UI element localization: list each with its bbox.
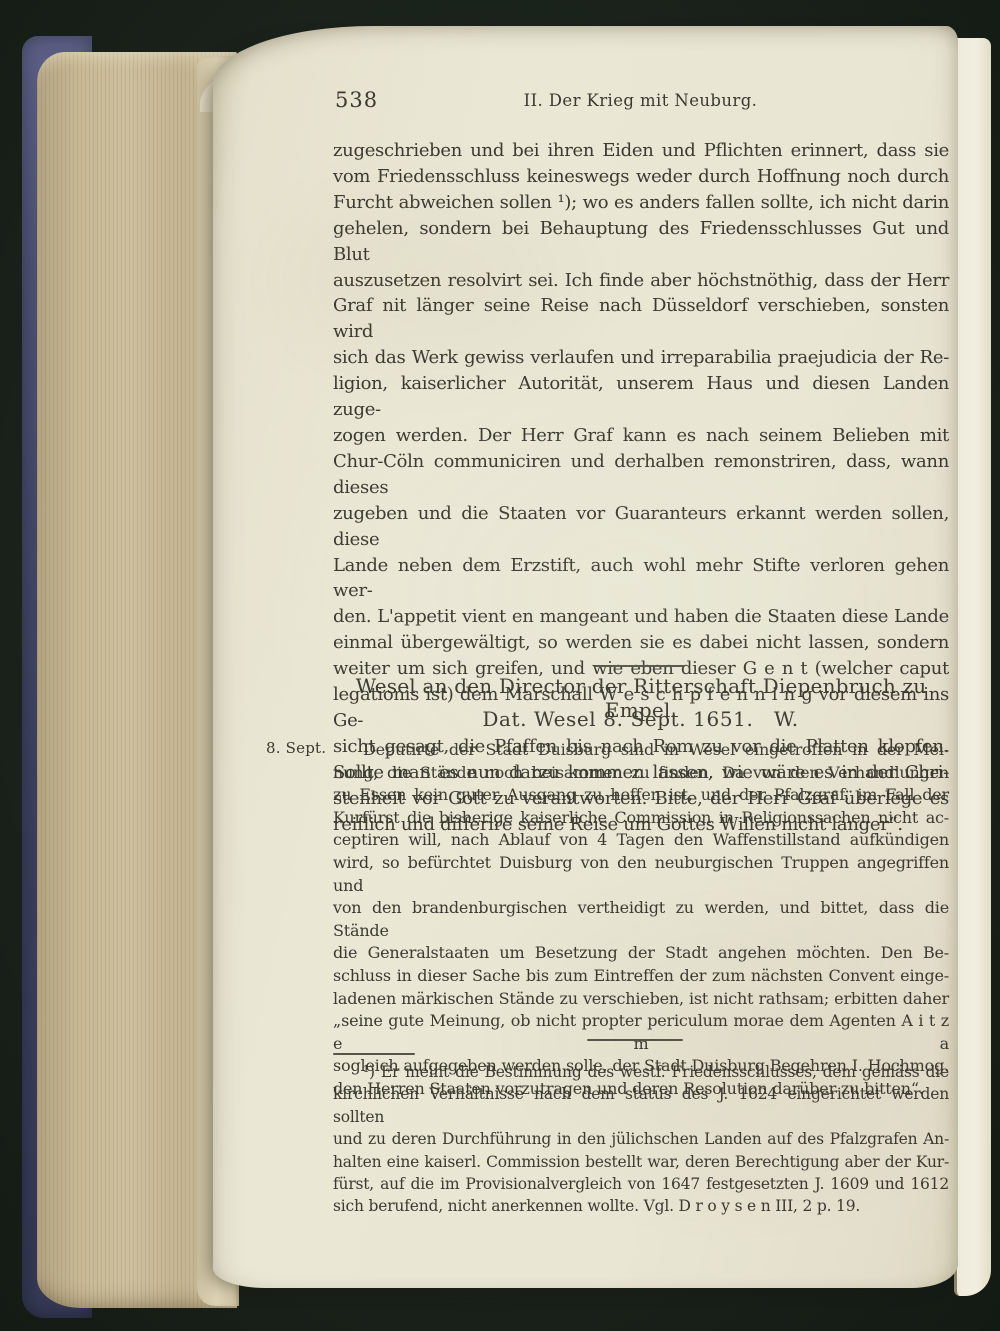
text-line: sich das Werk gewiss verlaufen und irrep… (333, 345, 949, 371)
text-line: ligion, kaiserlicher Autorität, unserem … (333, 371, 949, 423)
footnote-separator-rule (333, 1053, 415, 1055)
text-line: zu Essen kein guter Ausgang zu hoffen is… (333, 784, 949, 807)
text-line: fürst, auf die im Provisionalvergleich v… (333, 1173, 949, 1195)
text-line: wird, so befürchtet Duisburg von den neu… (333, 852, 949, 897)
text-line: und zu deren Durchführung in den jülichs… (333, 1128, 949, 1150)
text-line: von den brandenburgischen vertheidigt zu… (333, 897, 949, 942)
text-line: zogen werden. Der Herr Graf kann es nach… (333, 423, 949, 449)
text-line: schluss in dieser Sache bis zum Eintreff… (333, 965, 949, 988)
text-line: kirchlichen Verhältnisse nach dem status… (333, 1083, 949, 1128)
text-line: Furcht abweichen sollen ¹); wo es anders… (333, 190, 949, 216)
text-line: einmal übergewältigt, so werden sie es d… (333, 630, 949, 656)
book-page: 538 II. Der Krieg mit Neuburg. zugeschri… (213, 26, 958, 1288)
text-line: Graf nit länger seine Reise nach Düsseld… (333, 293, 949, 345)
text-line: nung, die Stände noch beisammen zu finde… (333, 762, 949, 785)
text-line: Lande neben dem Erzstift, auch wohl mehr… (333, 553, 949, 605)
page-header: 538 II. Der Krieg mit Neuburg. (333, 88, 948, 116)
text-line: Chur-Cöln communiciren und derhalben rem… (333, 449, 949, 501)
text-line: Deputirte der Stadt Duisburg sind in Wes… (333, 739, 949, 762)
text-line: Kurfürst die bisherige kaiserliche Commi… (333, 807, 949, 830)
running-title: II. Der Krieg mit Neuburg. (333, 91, 948, 110)
margin-date-note: 8. Sept. (266, 739, 326, 757)
book-photo-scene: 538 II. Der Krieg mit Neuburg. zugeschri… (0, 0, 1000, 1331)
section-divider-rule (595, 665, 685, 667)
section-divider-rule-2 (587, 1039, 683, 1041)
text-line: zugeben und die Staaten vor Guaranteurs … (333, 501, 949, 553)
text-line: sich berufend, nicht anerkennen wollte. … (333, 1195, 949, 1217)
text-line: „seine gute Meinung, ob nicht propter pe… (333, 1010, 949, 1055)
text-line: gehelen, sondern bei Behauptung des Frie… (333, 216, 949, 268)
text-line: zugeschrieben und bei ihren Eiden und Pf… (333, 138, 949, 164)
text-line: ladenen märkischen Stände zu verschieben… (333, 988, 949, 1011)
text-line: ¹) Er meint die Bestimmung des westf. Fr… (333, 1061, 949, 1083)
text-line: den. L'appetit vient en mangeant und hab… (333, 604, 949, 630)
text-line: auszusetzen resolvirt sei. Ich finde abe… (333, 268, 949, 294)
next-page-edge (954, 38, 991, 1296)
letter2-dateline: Dat. Wesel 8. Sept. 1651. W. (333, 707, 948, 731)
text-line: halten eine kaiserl. Commission bestellt… (333, 1151, 949, 1173)
letter1-body: zugeschrieben und bei ihren Eiden und Pf… (333, 138, 949, 837)
text-line: ceptiren will, nach Ablauf von 4 Tagen d… (333, 829, 949, 852)
footnote-body: ¹) Er meint die Bestimmung des westf. Fr… (333, 1061, 949, 1218)
text-line: vom Friedensschluss keineswegs weder dur… (333, 164, 949, 190)
text-line: die Generalstaaten um Besetzung der Stad… (333, 942, 949, 965)
letter2-body: Deputirte der Stadt Duisburg sind in Wes… (333, 739, 949, 1101)
